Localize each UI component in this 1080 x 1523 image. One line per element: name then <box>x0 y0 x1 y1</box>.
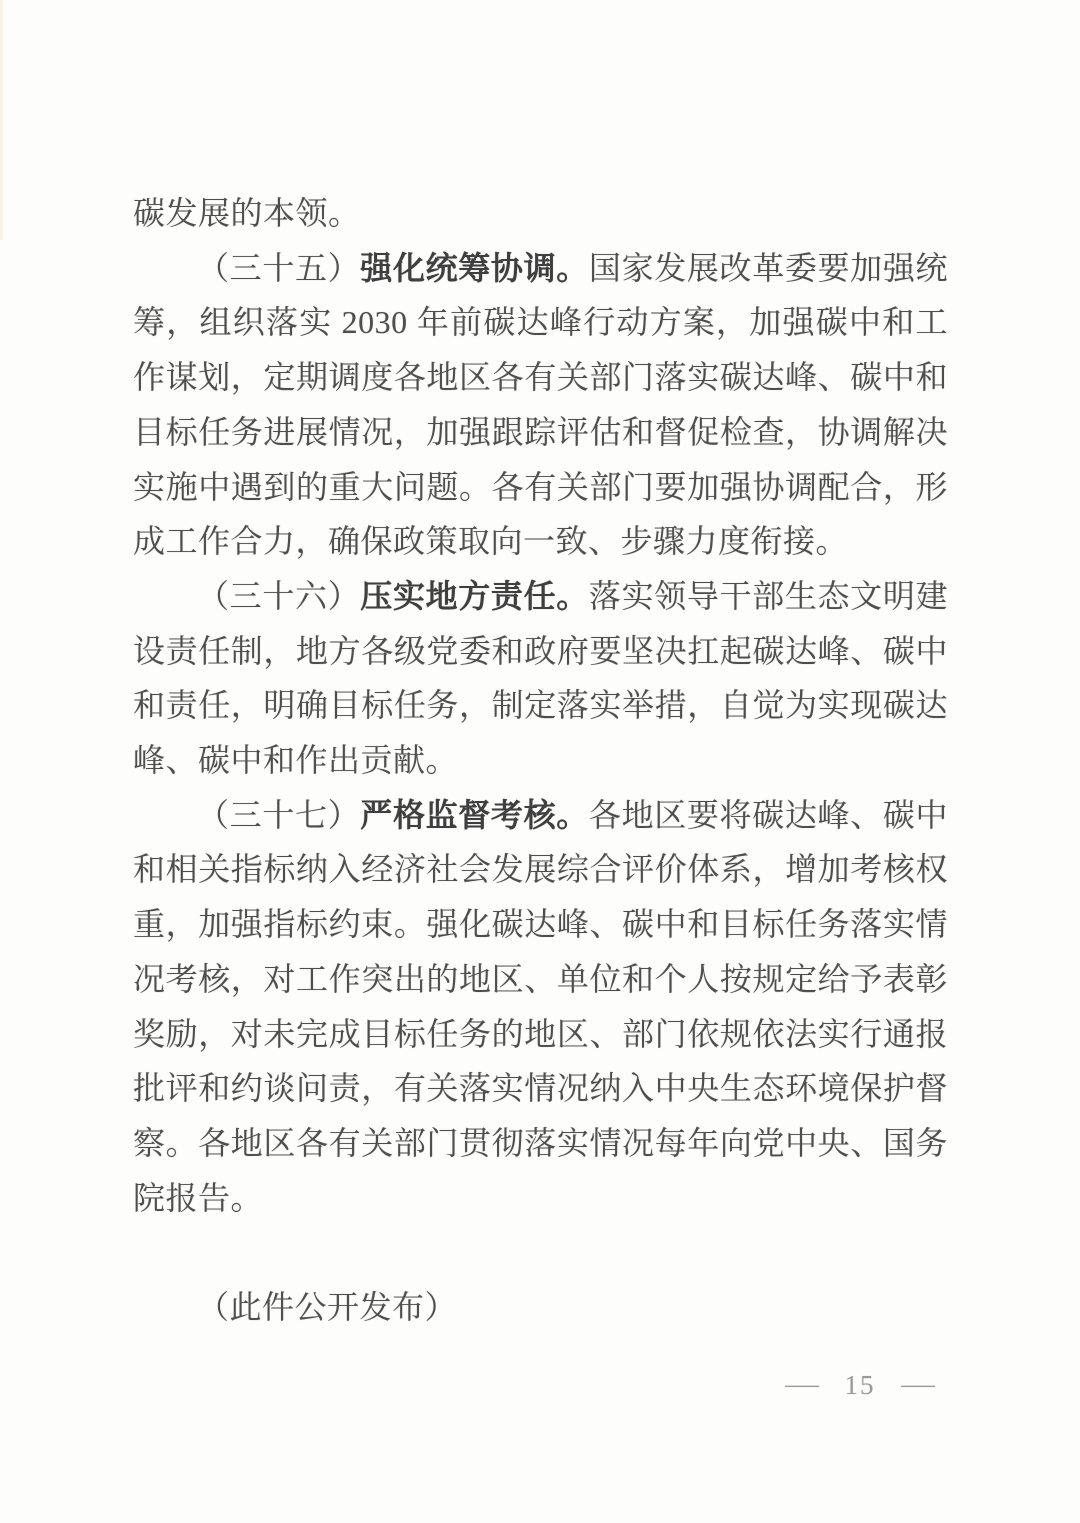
section-body: 国家发展改革委要加强统筹，组织落实 2030 年前碳达峰行动方案，加强碳中和工作… <box>133 250 948 560</box>
section-paragraph-36: （三十六）压实地方责任。落实领导干部生态文明建设责任制，地方各级党委和政府要坚决… <box>133 569 948 788</box>
section-body: 各地区要将碳达峰、碳中和相关指标纳入经济社会发展综合评价体系，增加考核权重，加强… <box>133 797 948 1216</box>
page-number: 15 <box>845 1372 876 1399</box>
section-paragraph-35: （三十五）强化统筹协调。国家发展改革委要加强统筹，组织落实 2030 年前碳达峰… <box>133 241 948 569</box>
continuation-text: 碳发展的本领。 <box>133 186 948 241</box>
section-title: 严格监督考核。 <box>360 797 589 833</box>
footer-dash-right: — <box>901 1372 935 1399</box>
section-title: 压实地方责任。 <box>360 578 589 614</box>
section-title: 强化统筹协调。 <box>360 250 589 286</box>
footer-dash-left: — <box>785 1372 819 1399</box>
section-number: （三十六） <box>197 578 360 614</box>
section-paragraph-37: （三十七）严格监督考核。各地区要将碳达峰、碳中和相关指标纳入经济社会发展综合评价… <box>133 788 948 1226</box>
section-number: （三十五） <box>197 250 360 286</box>
page-footer: — 15 — <box>790 1372 930 1399</box>
document-body: 碳发展的本领。 （三十五）强化统筹协调。国家发展改革委要加强统筹，组织落实 20… <box>133 186 948 1335</box>
publish-note: （此件公开发布） <box>133 1280 948 1335</box>
section-number: （三十七） <box>197 797 360 833</box>
scan-edge-artifact <box>0 0 3 240</box>
document-page: 碳发展的本领。 （三十五）强化统筹协调。国家发展改革委要加强统筹，组织落实 20… <box>0 0 1080 1523</box>
